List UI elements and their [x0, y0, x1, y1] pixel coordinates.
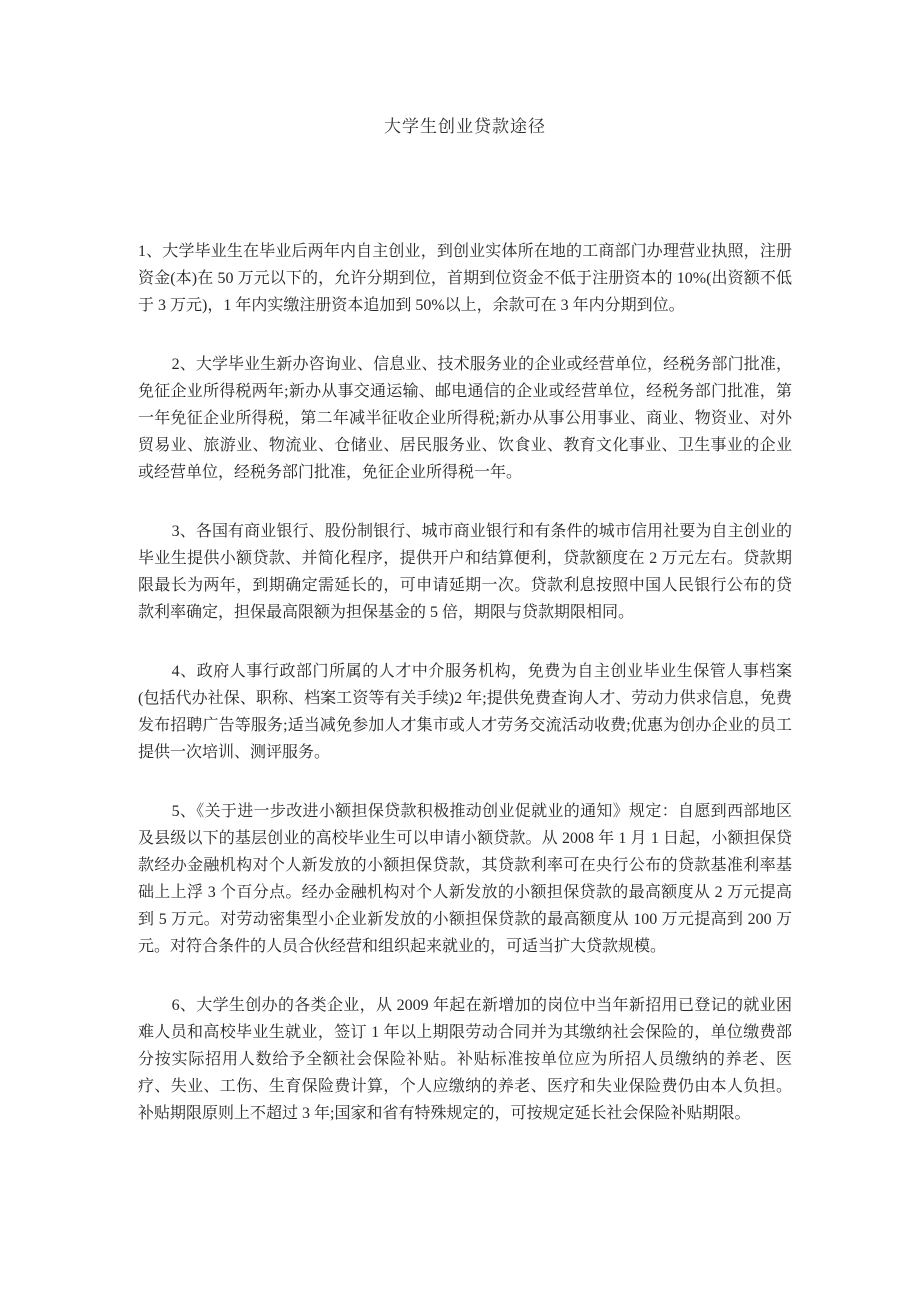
document-page: 大学生创业贷款途径 1、大学毕业生在毕业后两年内自主创业，到创业实体所在地的工商… [0, 0, 920, 1302]
paragraph-5: 5、《关于进一步改进小额担保贷款积极推动创业促就业的通知》规定：自愿到西部地区及… [138, 798, 792, 960]
paragraph-2: 2、大学毕业生新办咨询业、信息业、技术服务业的企业或经营单位，经税务部门批准，免… [138, 351, 792, 486]
document-body: 1、大学毕业生在毕业后两年内自主创业，到创业实体所在地的工商部门办理营业执照，注… [138, 238, 792, 1127]
paragraph-6: 6、大学生创办的各类企业，从 2009 年起在新增加的岗位中当年新招用已登记的就… [138, 992, 792, 1127]
document-title: 大学生创业贷款途径 [138, 0, 792, 137]
paragraph-3: 3、各国有商业银行、股份制银行、城市商业银行和有条件的城市信用社要为自主创业的毕… [138, 518, 792, 626]
paragraph-1: 1、大学毕业生在毕业后两年内自主创业，到创业实体所在地的工商部门办理营业执照，注… [138, 238, 792, 319]
paragraph-4: 4、政府人事行政部门所属的人才中介服务机构，免费为自主创业毕业生保管人事档案(包… [138, 658, 792, 766]
